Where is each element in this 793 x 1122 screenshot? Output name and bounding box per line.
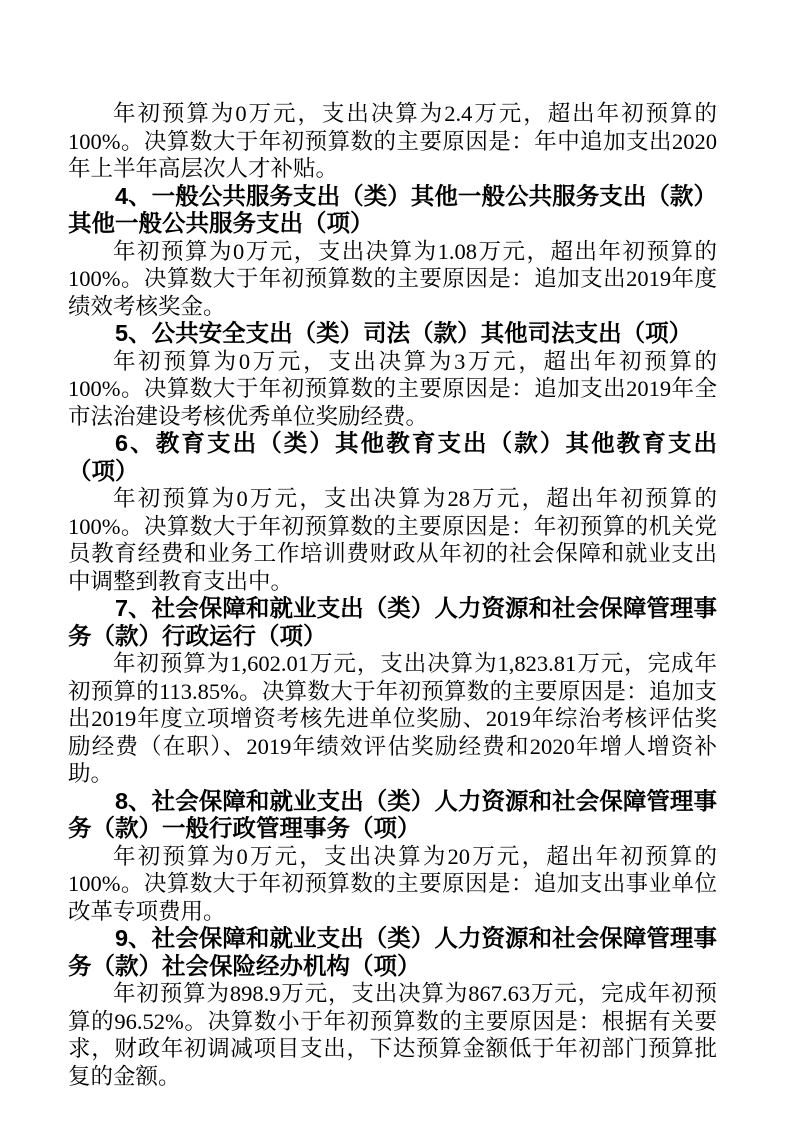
document-page: 年初预算为0万元，支出决算为2.4万元，超出年初预算的100%。决算数大于年初预… xyxy=(0,0,793,1122)
body-paragraph: 年初预算为898.9万元，支出决算为867.63万元，完成年初预算的96.52%… xyxy=(68,980,717,1090)
body-paragraph: 年初预算为1,602.01万元，支出决算为1,823.81万元，完成年初预算的1… xyxy=(68,650,717,788)
section-heading: 8、社会保障和就业支出（类）人力资源和社会保障管理事务（款）一般行政管理事务（项… xyxy=(68,788,717,843)
body-paragraph: 年初预算为0万元，支出决算为1.08万元，超出年初预算的100%。决算数大于年初… xyxy=(68,238,717,321)
section-heading: 6、教育支出（类）其他教育支出（款）其他教育支出（项） xyxy=(68,430,717,485)
body-paragraph: 年初预算为0万元，支出决算为28万元，超出年初预算的100%。决算数大于年初预算… xyxy=(68,485,717,595)
body-paragraph: 年初预算为0万元，支出决算为3万元，超出年初预算的100%。决算数大于年初预算数… xyxy=(68,348,717,431)
section-heading: 4、一般公共服务支出（类）其他一般公共服务支出（款）其他一般公共服务支出（项） xyxy=(68,183,717,238)
body-paragraph: 年初预算为0万元，支出决算为2.4万元，超出年初预算的100%。决算数大于年初预… xyxy=(68,100,717,183)
section-heading: 9、社会保障和就业支出（类）人力资源和社会保障管理事务（款）社会保险经办机构（项… xyxy=(68,925,717,980)
section-heading: 7、社会保障和就业支出（类）人力资源和社会保障管理事务（款）行政运行（项） xyxy=(68,595,717,650)
section-heading: 5、公共安全支出（类）司法（款）其他司法支出（项） xyxy=(68,320,717,348)
document-body: 年初预算为0万元，支出决算为2.4万元，超出年初预算的100%。决算数大于年初预… xyxy=(68,100,717,1090)
body-paragraph: 年初预算为0万元，支出决算为20万元，超出年初预算的100%。决算数大于年初预算… xyxy=(68,843,717,926)
